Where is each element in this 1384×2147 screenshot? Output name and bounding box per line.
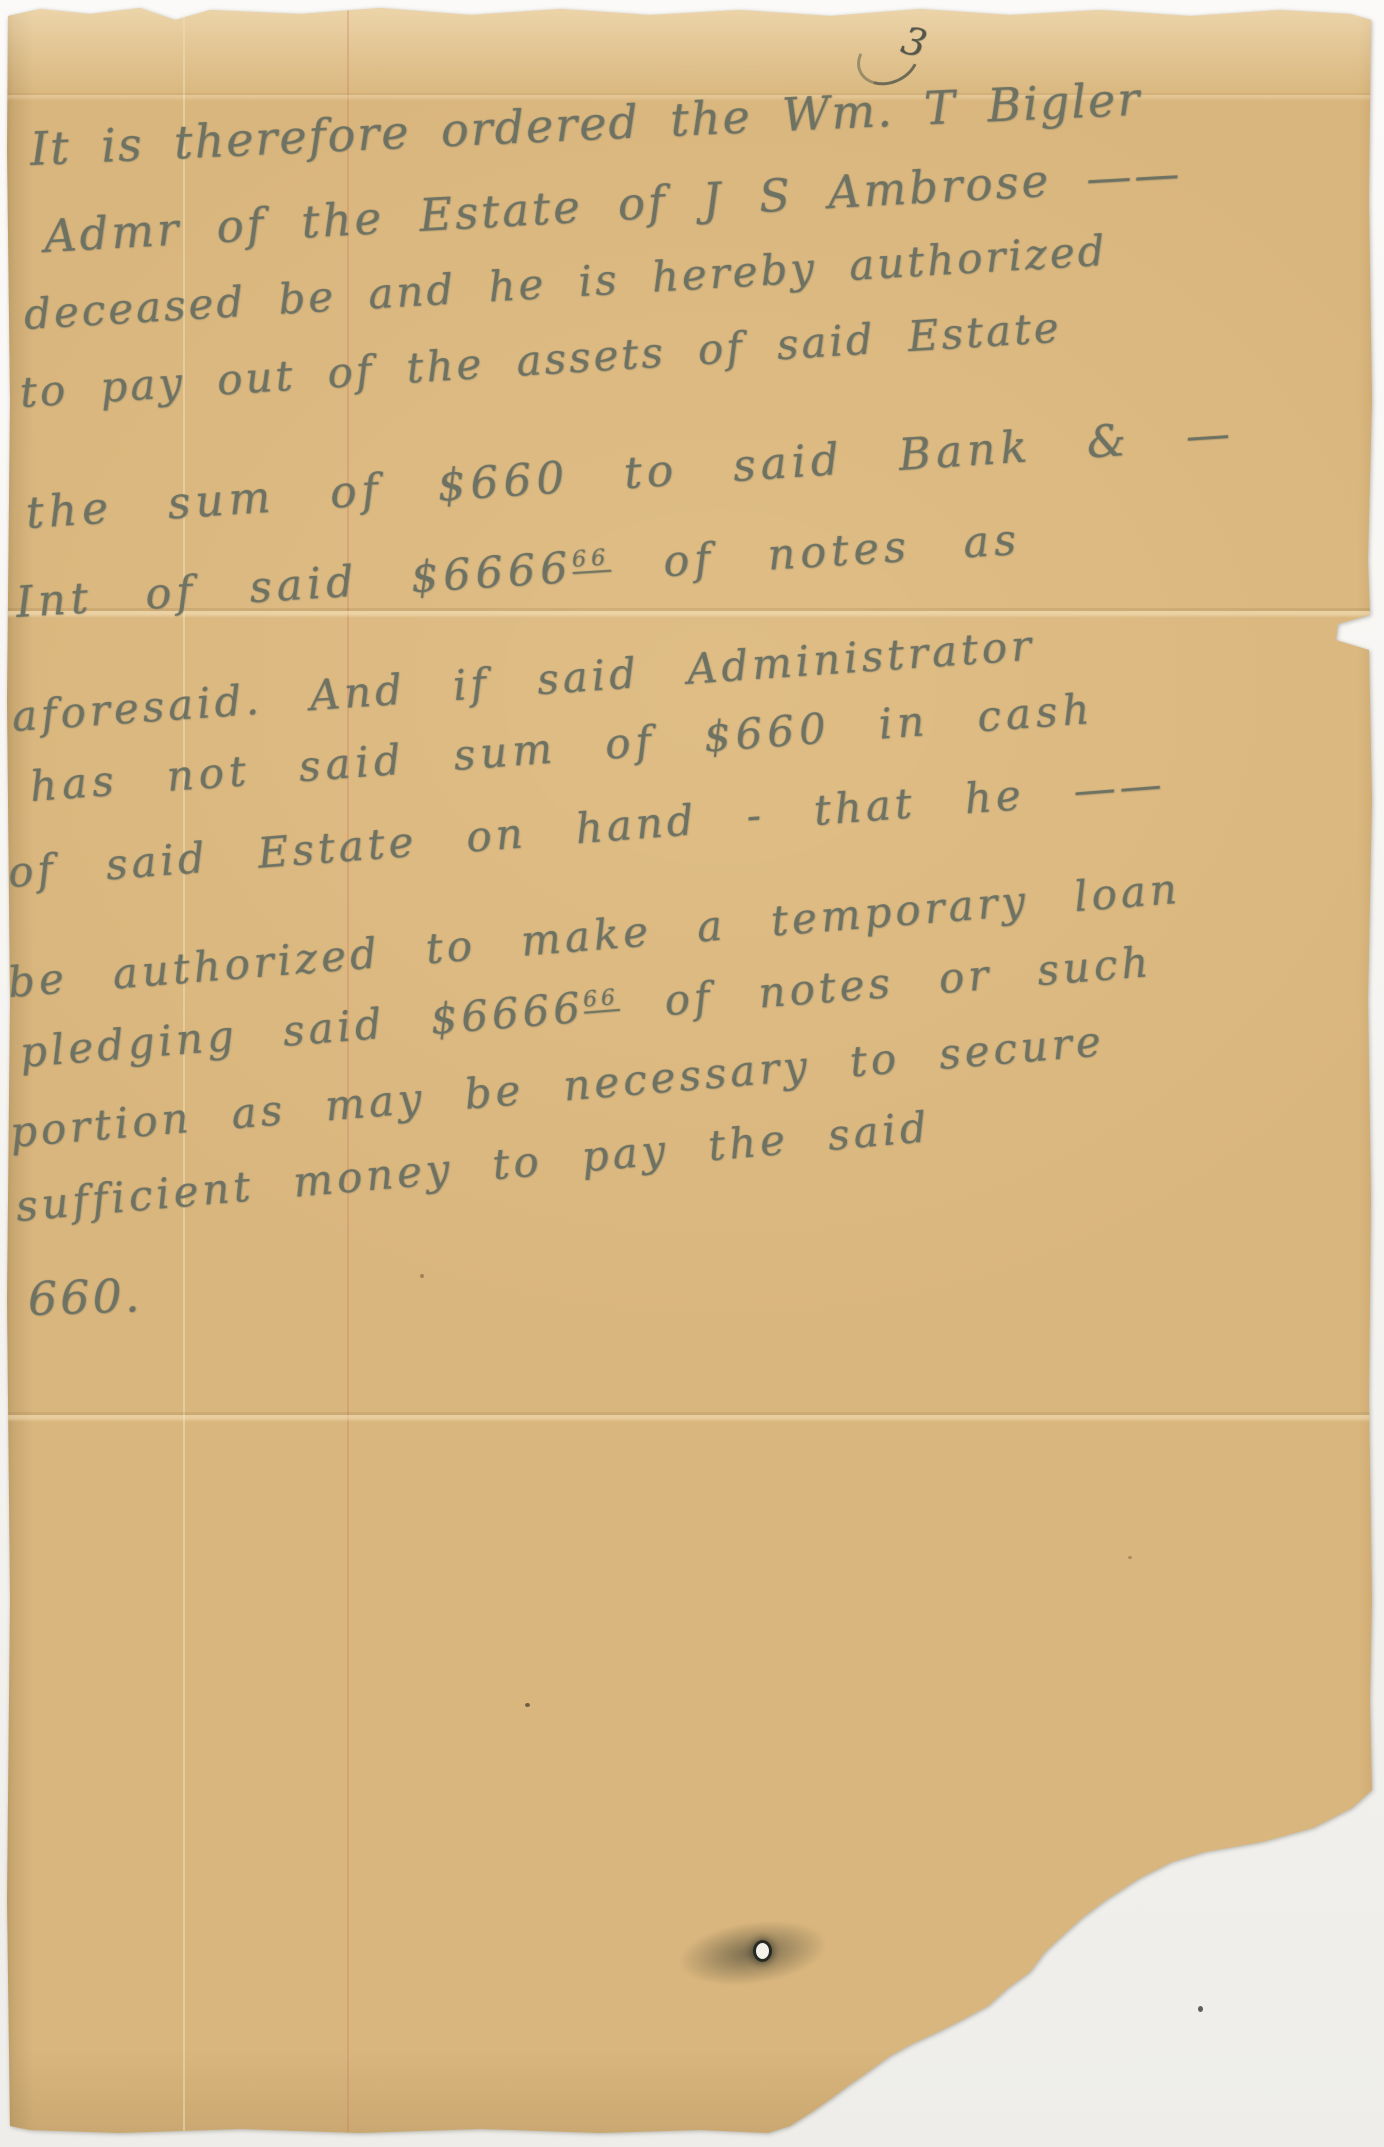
ink-smudge — [674, 1912, 831, 1994]
paper-speck — [525, 1703, 530, 1707]
vertical-ruled-line — [347, 0, 349, 2147]
line6-suffix: of notes as — [609, 515, 1022, 591]
scan-background: 3 It is therefore ordered the Wm. T Bigl… — [0, 0, 1384, 2147]
line6-cents-superscript: 66 — [571, 544, 611, 572]
paper-speck — [420, 1274, 424, 1278]
fold-crease-bottom — [0, 1412, 1384, 1422]
document-paper: 3 It is therefore ordered the Wm. T Bigl… — [0, 0, 1384, 2147]
handwritten-line-5: the sum of $660 to said Bank & — — [24, 408, 1236, 539]
handwritten-line-14: 660. — [27, 1268, 143, 1326]
smudge-hole — [756, 1943, 769, 1959]
scanner-speck — [1198, 2006, 1203, 2012]
line11-cents-superscript: 66 — [582, 985, 620, 1013]
paper-speck — [1128, 1556, 1132, 1559]
